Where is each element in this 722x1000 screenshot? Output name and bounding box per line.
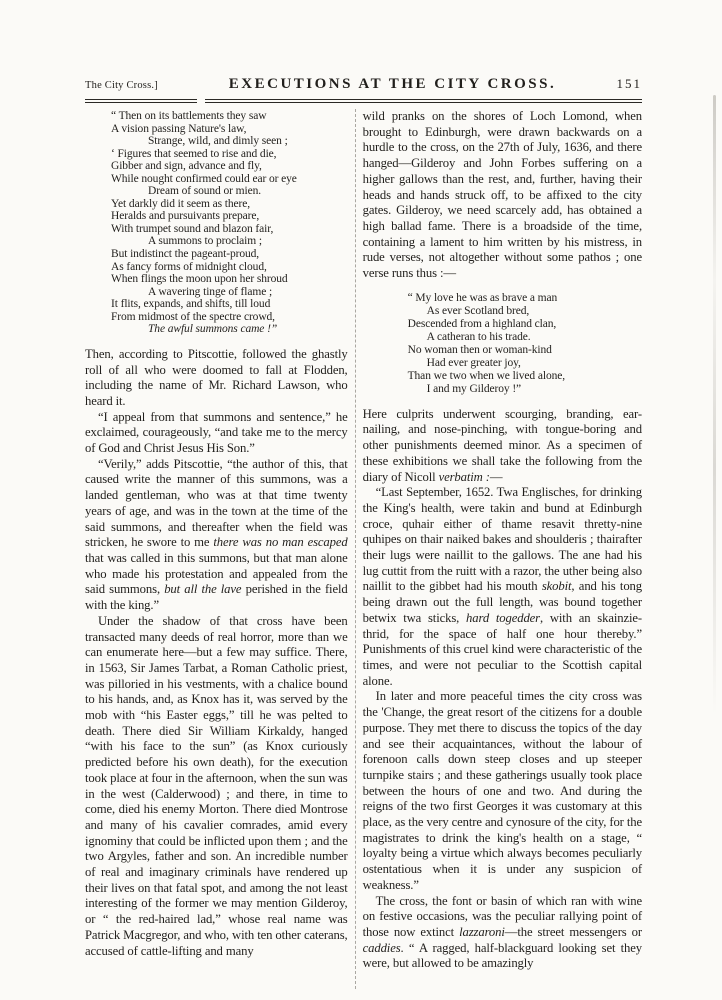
right-column: wild pranks on the shores of Loch Lomond… [356,109,642,989]
text-run: —the street messengers or [505,925,642,939]
verse-line: A catheran to his trade. [408,331,642,344]
verse-line: A summons to proclaim ; [111,235,348,248]
verse-line: ‘ Figures that seemed to rise and die, [111,148,348,161]
verse-line: Heralds and pursuivants prepare, [111,210,348,223]
paragraph: wild pranks on the shores of Loch Lomond… [363,109,642,282]
ballad-verse: “ My love he was as brave a manAs ever S… [408,292,642,396]
paragraph: “Last September, 1652. Twa Englisches, f… [363,485,642,689]
text-run: . “ A ragged, half-blackguard looking se… [363,941,642,971]
page-number: 151 [582,76,642,92]
scan-edge-artifact [713,95,716,715]
book-page: The City Cross.] EXECUTIONS AT THE CITY … [0,0,722,1000]
verse-line: When flings the moon upon her shroud [111,273,348,286]
verse-line: Yet darkly did it seem as there, [111,198,348,211]
italic-text-run: hard togedder [466,611,540,625]
verse-line: It flits, expands, and shifts, till loud [111,298,348,311]
paragraph: “Verily,” adds Pitscottie, “the author o… [85,457,348,614]
text-columns: “ Then on its battlements they sawA visi… [85,109,642,989]
text-run: Then, according to Pitscottie, followed … [85,347,348,408]
paragraph: “I appeal from that summons and sentence… [85,410,348,457]
text-run: — [490,470,503,484]
verse-line: The awful summons came !” [111,323,348,336]
header-rule-left-segment [85,99,197,103]
paragraph: Then, according to Pitscottie, followed … [85,347,348,410]
text-run: In later and more peaceful times the cit… [363,689,642,891]
verse-line: “ My love he was as brave a man [408,292,642,305]
verse-line: Had ever greater joy, [408,357,642,370]
right-column-paragraphs-bottom: Here culprits underwent scourging, brand… [363,407,642,972]
verse-line: I and my Gilderoy !” [408,383,642,396]
header-rule-right-segment [205,99,642,103]
italic-text-run: verbatim : [439,470,490,484]
poem-quote: “ Then on its battlements they sawA visi… [111,110,348,336]
verse-line: A vision passing Nature's law, [111,123,348,136]
italic-text-run: skobit [542,579,572,593]
verse-line: A wavering tinge of flame ; [111,286,348,299]
text-run: “Last September, 1652. Twa Englisches, f… [363,485,642,593]
verse-line: But indistinct the pageant-proud, [111,248,348,261]
verse-line: “ Then on its battlements they saw [111,110,348,123]
italic-text-run: but all the lave [164,582,241,596]
verse-line: As fancy forms of midnight cloud, [111,261,348,274]
paragraph: Under the shadow of that cross have been… [85,614,348,959]
italic-text-run: lazzaroni [459,925,505,939]
verse-line: Descended from a highland clan, [408,318,642,331]
italic-text-run: there was no man escaped [213,535,347,549]
page-header: The City Cross.] EXECUTIONS AT THE CITY … [85,76,642,93]
verse-line: Strange, wild, and dimly seen ; [111,135,348,148]
verse-line: Gibber and sign, advance and fly, [111,160,348,173]
verse-line: No woman then or woman-kind [408,344,642,357]
verse-line: From midmost of the spectre crowd, [111,311,348,324]
text-run: wild pranks on the shores of Loch Lomond… [363,109,642,280]
left-column: “ Then on its battlements they sawA visi… [85,109,355,989]
running-header-left: The City Cross.] [85,80,203,91]
verse-line: With trumpet sound and blazon fair, [111,223,348,236]
right-column-paragraphs-top: wild pranks on the shores of Loch Lomond… [363,109,642,282]
page-title: EXECUTIONS AT THE CITY CROSS. [203,76,582,93]
italic-text-run: caddies [363,941,401,955]
verse-line: While nought confirmed could ear or eye [111,173,348,186]
paragraph: The cross, the font or basin of which ra… [363,894,642,973]
left-column-paragraphs: Then, according to Pitscottie, followed … [85,347,348,959]
text-run: “I appeal from that summons and sentence… [85,410,348,455]
text-run: Under the shadow of that cross have been… [85,614,348,958]
paragraph: Here culprits underwent scourging, brand… [363,407,642,486]
paragraph: In later and more peaceful times the cit… [363,689,642,893]
header-rule [85,99,642,104]
verse-line: Than we two when we lived alone, [408,370,642,383]
verse-line: Dream of sound or mien. [111,185,348,198]
verse-line: As ever Scotland bred, [408,305,642,318]
